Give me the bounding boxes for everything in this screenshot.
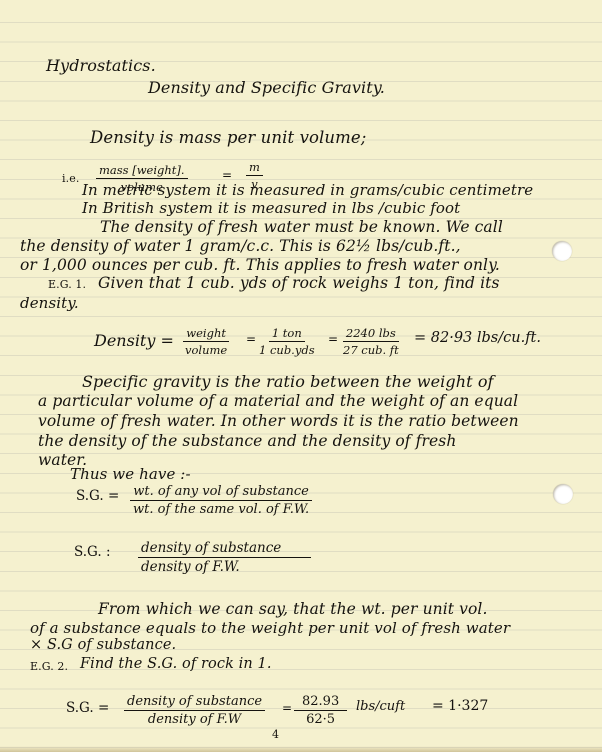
- formula-2-fraction-2: 1 ton 1 cub.yds: [256, 326, 318, 357]
- formula-2-f2-denominator: 1 cub.yds: [256, 342, 318, 357]
- heading: Hydrostatics.: [46, 56, 156, 75]
- paragraph-2-line-4: the density of the substance and the den…: [38, 432, 456, 450]
- paragraph-1-line-4: the density of water 1 gram/c.c. This is…: [20, 237, 461, 255]
- formula-5-lhs: S.G. =: [66, 700, 109, 716]
- notebook-page: Hydrostatics. Density and Specific Gravi…: [0, 0, 602, 752]
- formula-3-fraction: wt. of any vol of substance wt. of the s…: [130, 484, 312, 517]
- formula-2-f3-numerator: 2240 lbs: [343, 326, 399, 342]
- formula-2-f2-numerator: 1 ton: [269, 326, 305, 342]
- formula-2-fraction-3: 2240 lbs 27 cub. ft: [340, 326, 402, 357]
- subheading: Density and Specific Gravity.: [148, 78, 385, 97]
- formula-3-numerator: wt. of any vol of substance: [130, 484, 312, 501]
- formula-4-denominator: density of F.W.: [138, 558, 243, 575]
- formula-5-f2-denominator: 62·5: [303, 711, 338, 727]
- thus-line: Thus we have :-: [70, 465, 191, 483]
- paragraph-3-line-1: From which we can say, that the wt. per …: [98, 600, 488, 618]
- formula-5-fraction-2: 82.93 62·5: [294, 694, 347, 727]
- formula-2-fraction-1: weight volume: [182, 326, 230, 357]
- formula-1-rhs-numerator: m: [246, 160, 263, 176]
- example-1-text-line-2: density.: [20, 294, 79, 312]
- paragraph-3-line-2: of a substance equals to the weight per …: [30, 619, 510, 637]
- formula-2-equals-1: =: [246, 332, 256, 346]
- example-1-label: E.G. 1.: [48, 278, 86, 291]
- paragraph-1-line-1: In metric system it is measured in grams…: [82, 181, 533, 199]
- example-1-text-line-1: Given that 1 cub. yds of rock weighs 1 t…: [98, 274, 500, 292]
- page-number: 4: [272, 728, 279, 741]
- formula-5-units: lbs/cuft: [356, 699, 405, 714]
- formula-4-fraction: density of substance density of F.W.: [138, 540, 311, 575]
- formula-2-equals-2: =: [328, 332, 338, 346]
- punch-hole-bottom: [553, 484, 573, 504]
- formula-5-result: = 1·327: [432, 698, 488, 714]
- formula-2-f1-numerator: weight: [183, 326, 229, 342]
- formula-2-f1-denominator: volume: [182, 342, 230, 357]
- formula-4-lhs: S.G. :: [74, 544, 111, 560]
- paragraph-2-line-3: volume of fresh water. In other words it…: [38, 412, 519, 430]
- formula-5-f1-denominator: density of F.W: [145, 711, 244, 727]
- formula-1-equals: =: [222, 168, 232, 182]
- formula-2-lhs: Density =: [94, 331, 174, 350]
- formula-3-denominator: wt. of the same vol. of F.W.: [130, 501, 312, 517]
- definition: Density is mass per unit volume;: [90, 128, 366, 147]
- paragraph-1-line-5: or 1,000 ounces per cub. ft. This applie…: [20, 256, 500, 274]
- punch-hole-top: [552, 241, 572, 261]
- formula-5-f2-numerator: 82.93: [294, 694, 347, 711]
- paragraph-2-line-1: Specific gravity is the ratio between th…: [82, 372, 494, 391]
- page-edge: [0, 746, 602, 752]
- formula-4-numerator: density of substance: [138, 540, 311, 558]
- formula-5-f1-numerator: density of substance: [124, 694, 265, 711]
- formula-5-equals: =: [282, 701, 292, 715]
- formula-3-lhs: S.G. =: [76, 488, 119, 504]
- example-2-label: E.G. 2.: [30, 660, 68, 673]
- paragraph-3-line-3: × S.G of substance.: [30, 637, 176, 653]
- formula-2-result: = 82·93 lbs/cu.ft.: [414, 330, 541, 346]
- paragraph-1-line-2: In British system it is measured in lbs …: [82, 199, 460, 217]
- paragraph-2-line-2: a particular volume of a material and th…: [38, 392, 518, 410]
- example-2-text: Find the S.G. of rock in 1.: [80, 656, 272, 672]
- formula-1-prefix: i.e.: [62, 172, 79, 185]
- formula-5-fraction-1: density of substance density of F.W: [124, 694, 265, 727]
- formula-2-f3-denominator: 27 cub. ft: [340, 342, 402, 357]
- formula-1-numerator: mass [weight].: [96, 163, 188, 179]
- paragraph-1-line-3: The density of fresh water must be known…: [100, 218, 503, 236]
